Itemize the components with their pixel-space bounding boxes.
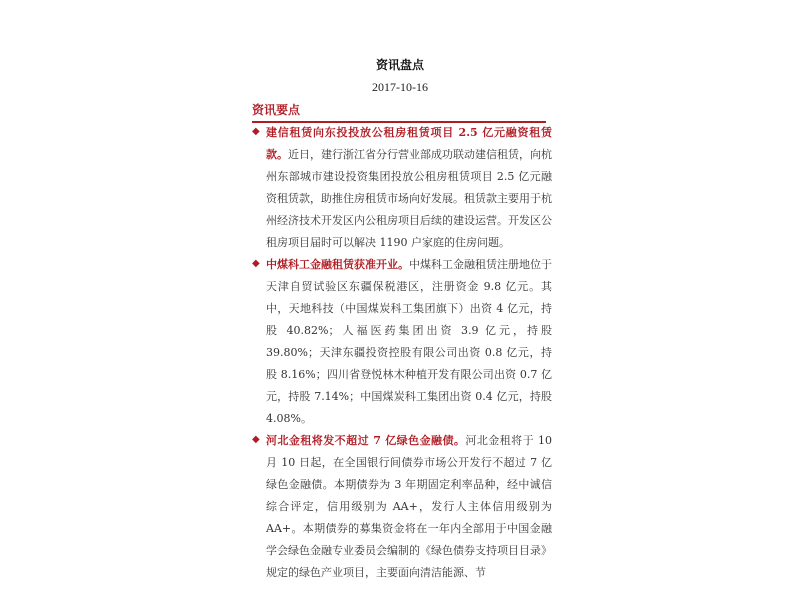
- page-title: 资讯盘点: [0, 56, 800, 73]
- diamond-bullet-icon: ◆: [252, 125, 262, 139]
- diamond-bullet-icon: ◆: [252, 433, 262, 447]
- section-header: 资讯要点: [252, 101, 546, 123]
- report-date: 2017-10-16: [0, 80, 800, 95]
- news-list: ◆ 建信租赁向东投投放公租房租赁项目 2.5 亿元融资租赁款。近日，建行浙江省分…: [252, 122, 552, 584]
- news-item: ◆ 河北金租将发不超过 7 亿绿色金融债。河北金租将于 10 月 10 日起，在…: [252, 430, 552, 584]
- news-item: ◆ 建信租赁向东投投放公租房租赁项目 2.5 亿元融资租赁款。近日，建行浙江省分…: [252, 122, 552, 254]
- news-body: 近日，建行浙江省分行营业部成功联动建信租赁，向杭州东部城市建设投资集团投放公租房…: [266, 148, 552, 249]
- diamond-bullet-icon: ◆: [252, 257, 262, 271]
- news-body: 河北金租将于 10 月 10 日起，在全国银行间债券市场公开发行不超过 7 亿绿…: [266, 434, 552, 579]
- news-headline: 河北金租将发不超过 7 亿绿色金融债。: [266, 434, 465, 447]
- news-headline: 中煤科工金融租赁获准开业。: [266, 258, 409, 271]
- news-item: ◆ 中煤科工金融租赁获准开业。中煤科工金融租赁注册地位于天津自贸试验区东疆保税港…: [252, 254, 552, 430]
- news-body: 中煤科工金融租赁注册地位于天津自贸试验区东疆保税港区，注册资金 9.8 亿元。其…: [266, 258, 552, 425]
- document-page: 资讯盘点 2017-10-16 资讯要点 ◆ 建信租赁向东投投放公租房租赁项目 …: [0, 0, 800, 600]
